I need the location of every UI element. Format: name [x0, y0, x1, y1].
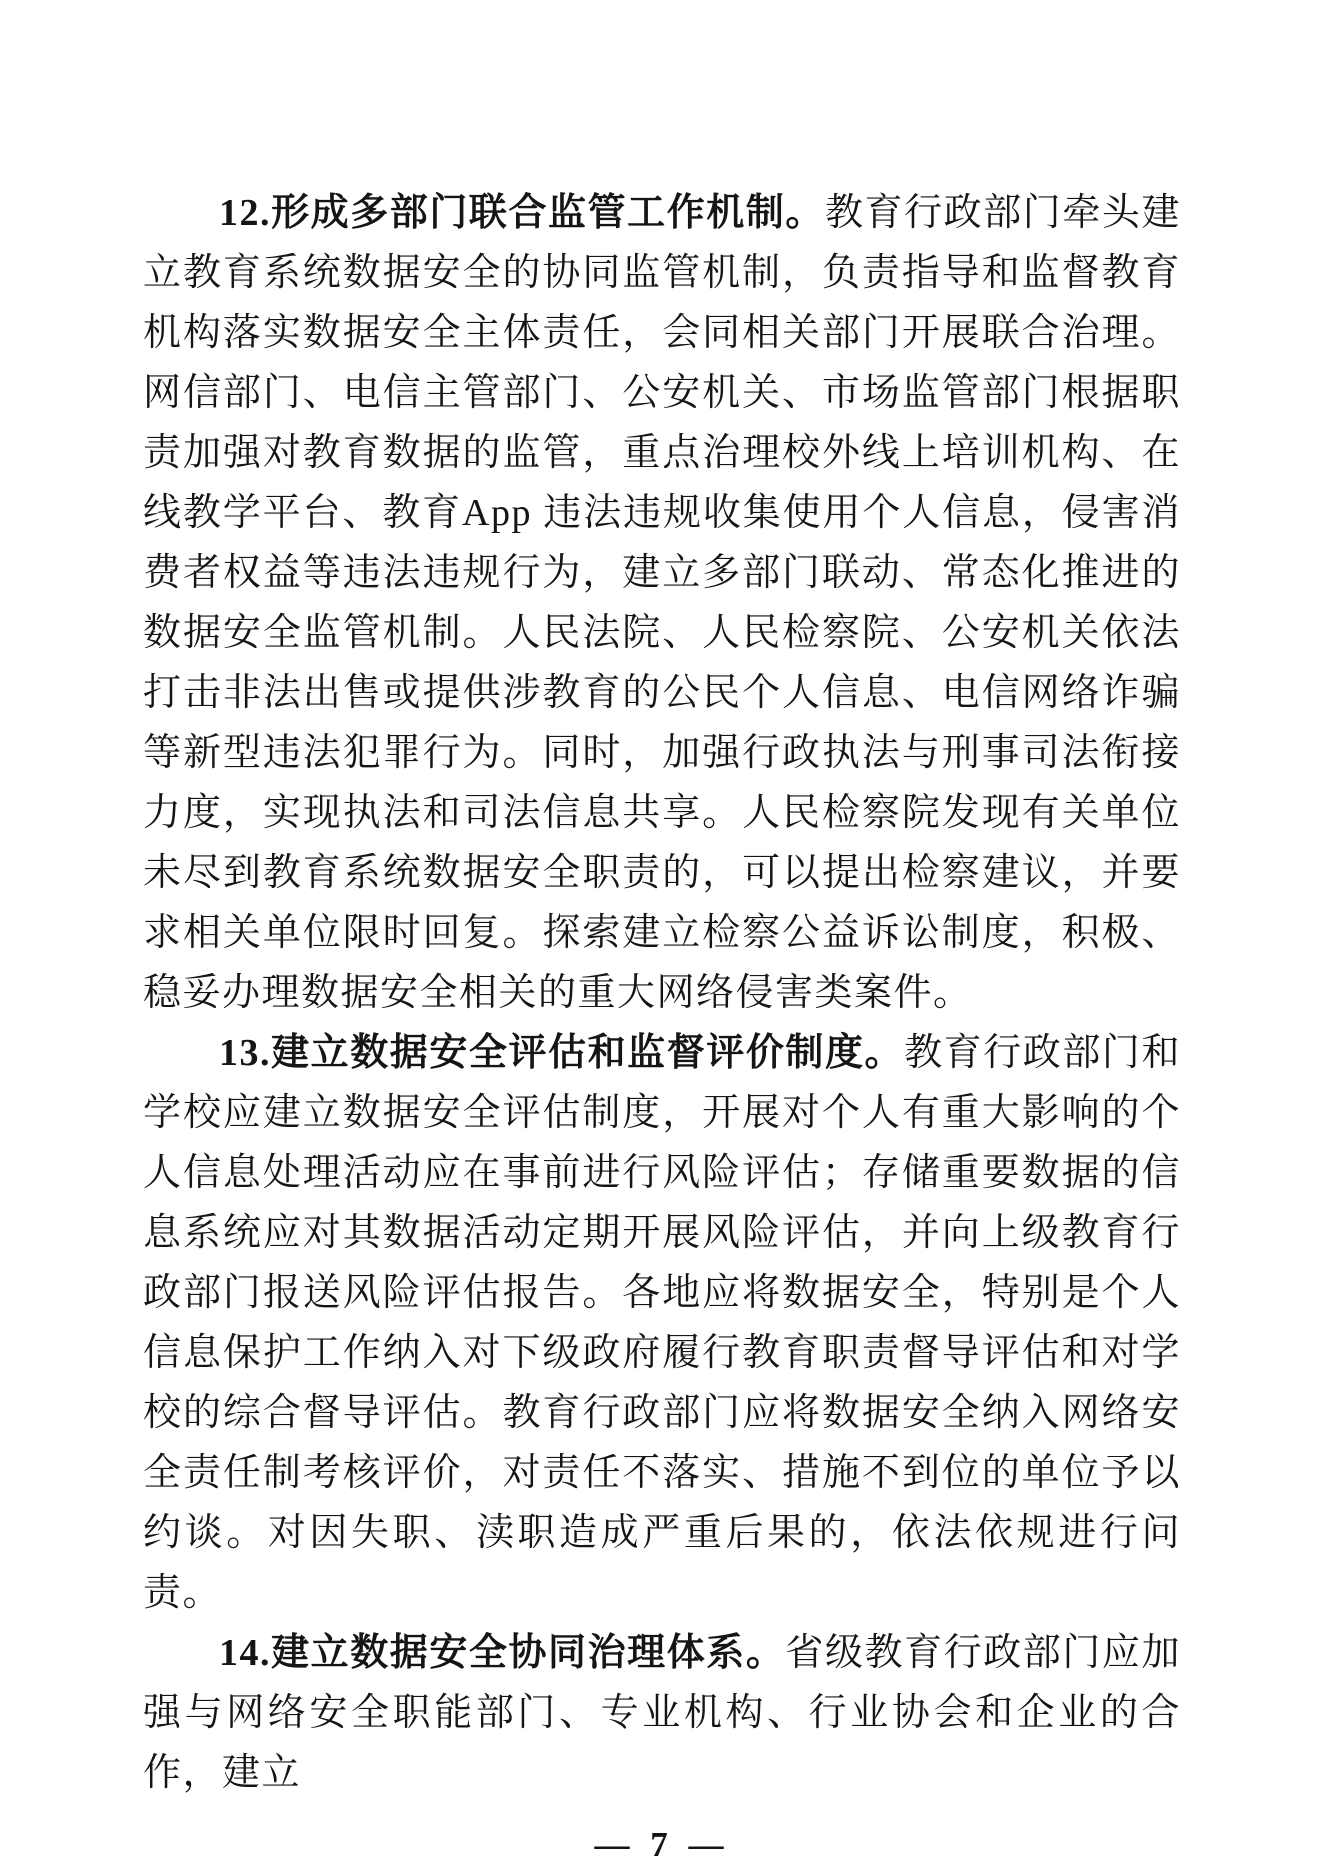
paragraph-14-heading: 14.建立数据安全协同治理体系。 [219, 1632, 785, 1674]
paragraph-13-heading: 13.建立数据安全评估和监督评价制度。 [219, 1032, 904, 1074]
paragraph-13-body: 教育行政部门和学校应建立数据安全评估制度，开展对个人有重大影响的个人信息处理活动… [143, 1032, 1181, 1614]
paragraph-12-heading: 12.形成多部门联合监管工作机制。 [219, 192, 825, 234]
document-page: 12.形成多部门联合监管工作机制。教育行政部门牵头建立教育系统数据安全的协同监管… [0, 0, 1323, 1871]
page-number: — 7 — [143, 1825, 1181, 1865]
paragraph-13: 13.建立数据安全评估和监督评价制度。教育行政部门和学校应建立数据安全评估制度，… [143, 1023, 1181, 1623]
paragraph-12: 12.形成多部门联合监管工作机制。教育行政部门牵头建立教育系统数据安全的协同监管… [143, 183, 1181, 1023]
paragraph-14: 14.建立数据安全协同治理体系。省级教育行政部门应加强与网络安全职能部门、专业机… [143, 1623, 1181, 1803]
paragraph-12-body: 教育行政部门牵头建立教育系统数据安全的协同监管机制，负责指导和监督教育机构落实数… [143, 192, 1181, 1014]
